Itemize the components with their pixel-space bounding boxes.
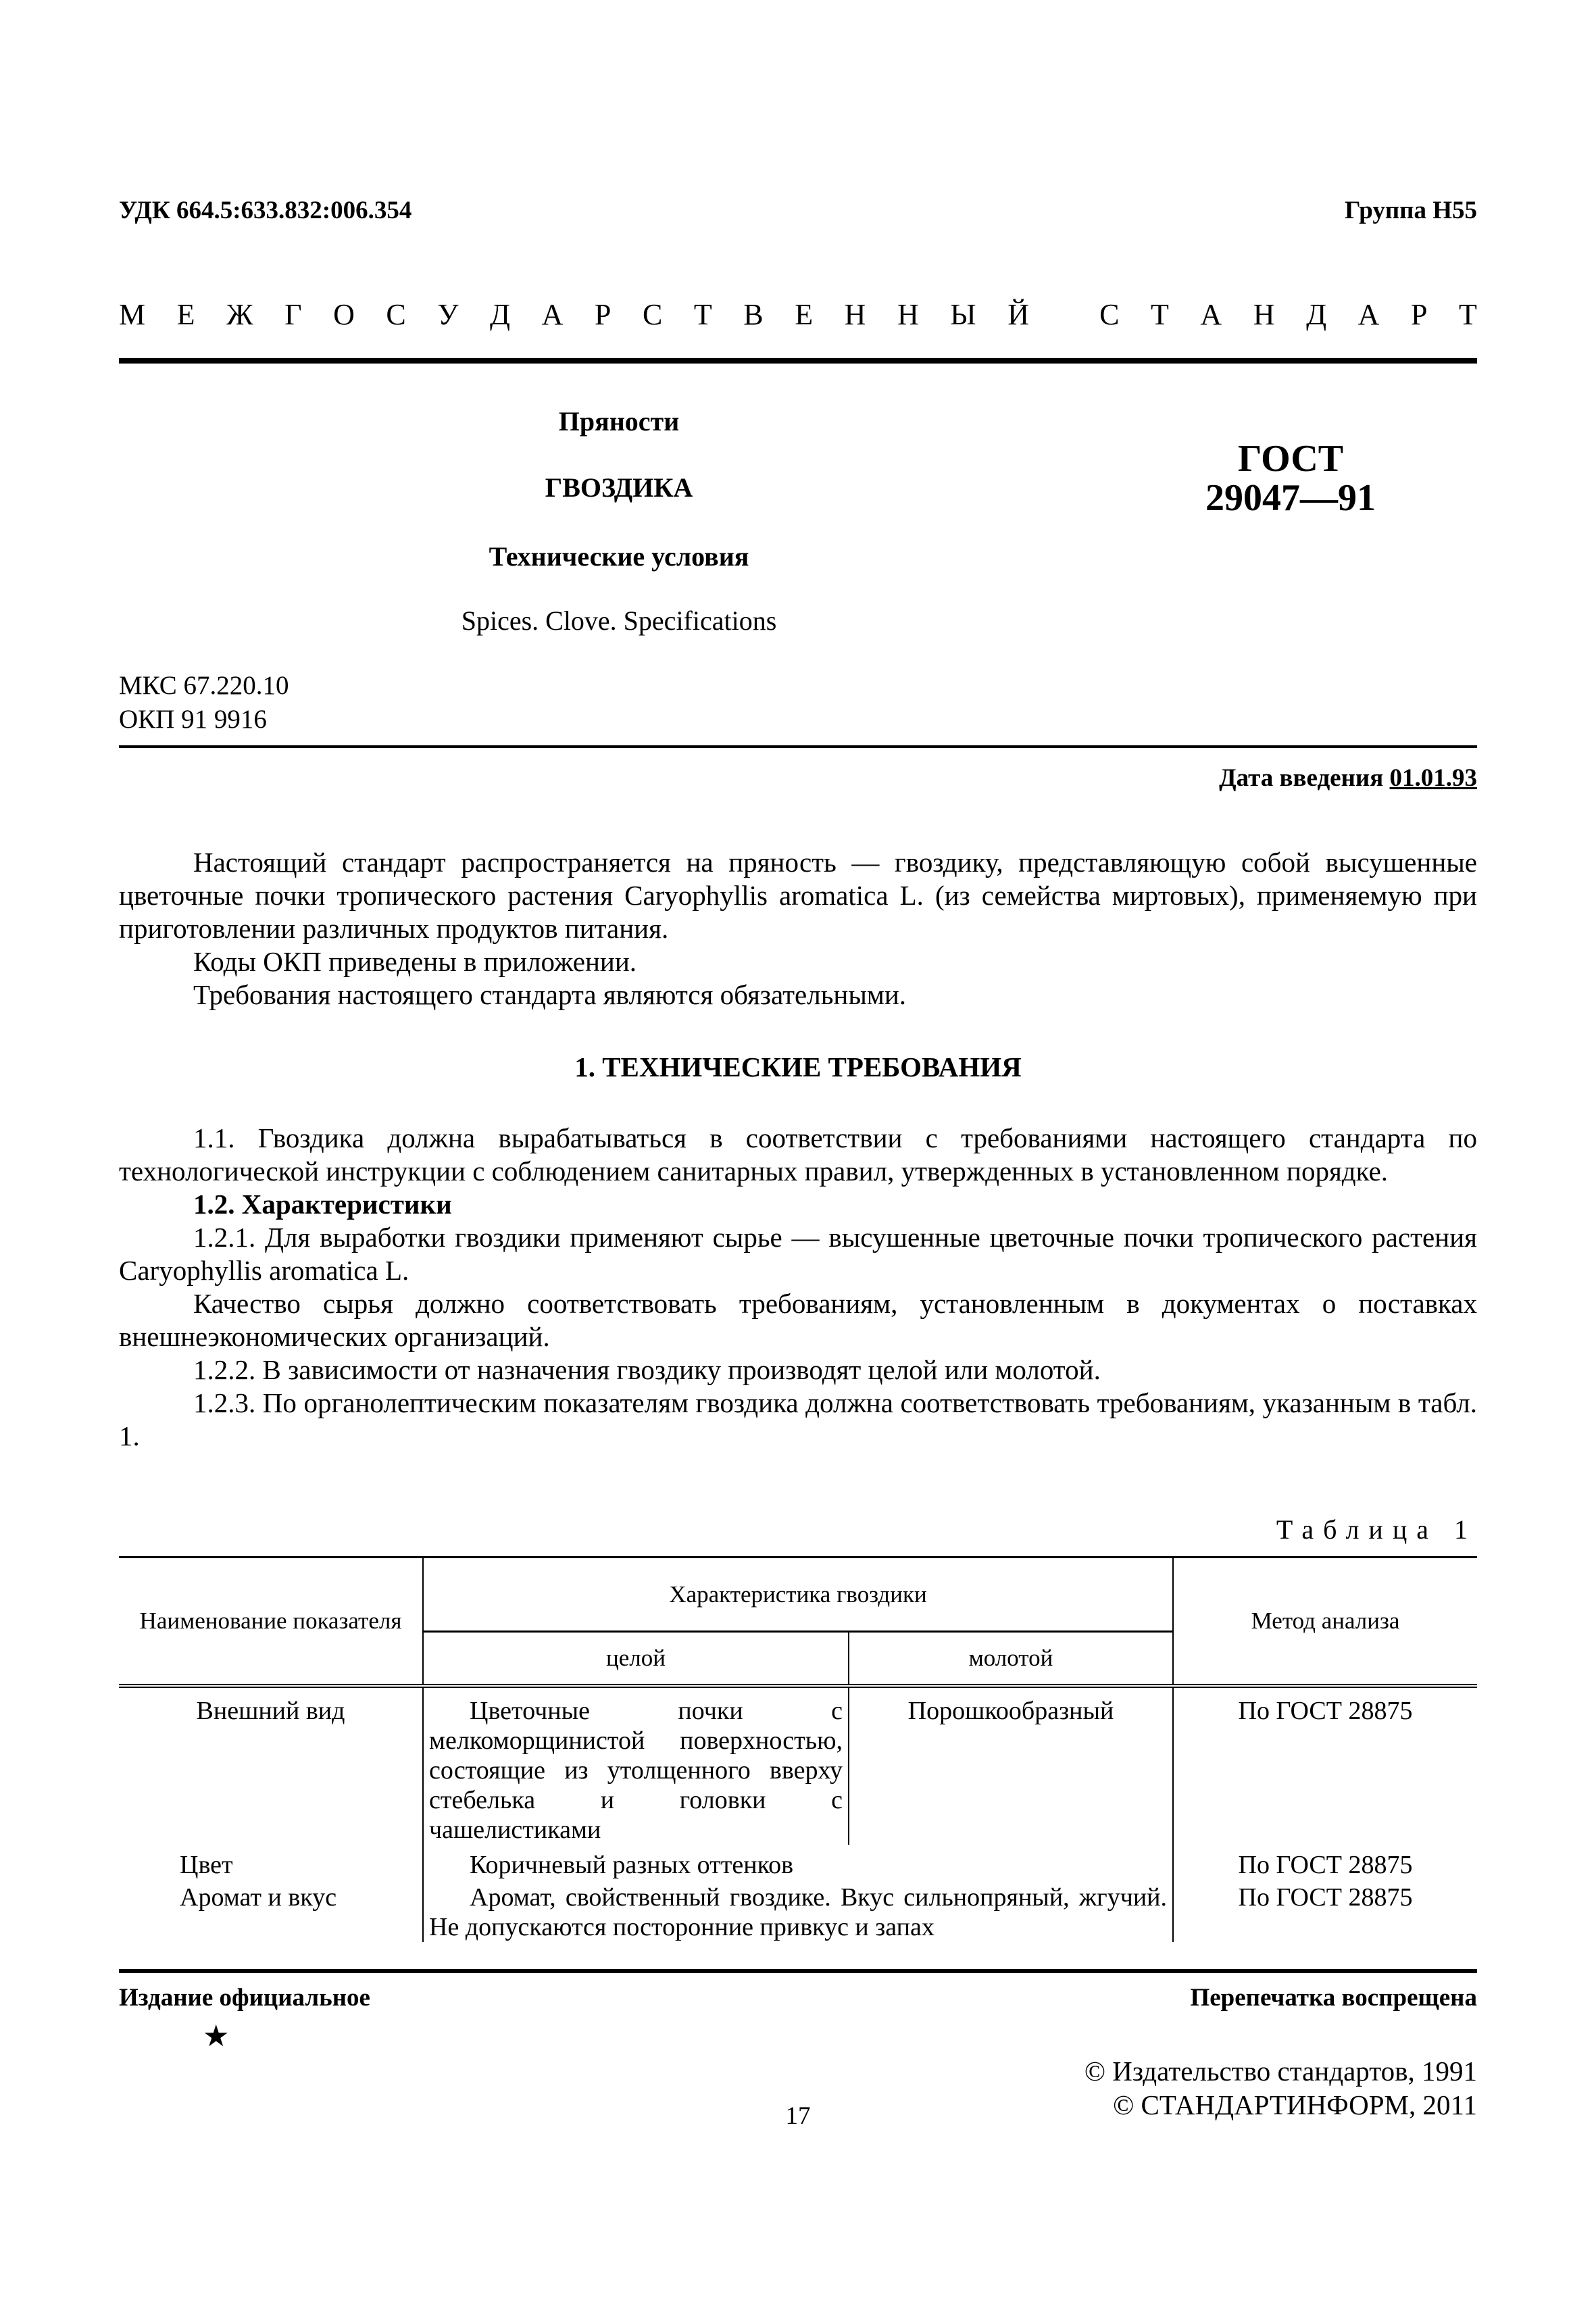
doc-title: ГВОЗДИКА (119, 472, 1119, 503)
banner-letter: Г (284, 297, 301, 332)
row-name: Аромат и вкус (119, 1880, 423, 1942)
intro-paragraph-okp: Коды ОКП приведены в приложении. (119, 945, 1477, 978)
copyright-publisher: © Издательство стандартов, 1991 (1084, 2054, 1477, 2088)
banner-letter: Т (694, 297, 712, 332)
reprint-prohibited: Перепечатка воспрещена (1190, 1983, 1477, 2012)
banner-letter (1061, 297, 1068, 332)
banner-letter: Е (795, 297, 813, 332)
banner-letter: Ы (950, 297, 976, 332)
table-row: Цвет Коричневый разных оттенков По ГОСТ … (119, 1845, 1477, 1880)
banner-letter: Н (1253, 297, 1275, 332)
intro-paragraph-scope: Настоящий стандарт распространяется на п… (119, 846, 1477, 945)
banner-letter: Ж (226, 297, 253, 332)
banner-letter: А (1200, 297, 1222, 332)
header-indicator-name: Наименование показателя (119, 1558, 423, 1686)
row-method: По ГОСТ 28875 (1173, 1880, 1477, 1942)
introduction-date: Дата введения 01.01.93 (1219, 764, 1477, 793)
gost-designation: ГОСТ 29047—91 (1149, 439, 1432, 518)
row-combined: Аромат, свойственный гвоздике. Вкус силь… (423, 1880, 1173, 1942)
header-method: Метод анализа (1173, 1558, 1477, 1686)
row-method: По ГОСТ 28875 (1173, 1845, 1477, 1880)
banner-letter: С (386, 297, 405, 332)
clause-1-1: 1.1. Гвоздика должна вырабатываться в со… (119, 1122, 1477, 1188)
row-combined: Коричневый разных оттенков (423, 1845, 1173, 1880)
clause-1-2-1: 1.2.1. Для выработки гвоздики применяют … (119, 1221, 1477, 1287)
row-whole: Цветочные почки с мелкоморщинистой повер… (423, 1686, 849, 1845)
official-edition: Издание официальное (119, 1983, 370, 2012)
interstate-standard-banner: МЕЖГОСУДАРСТВЕННЫЙ СТАНДАРТ (119, 297, 1477, 332)
row-name: Внешний вид (119, 1686, 423, 1845)
footer-rule (119, 1969, 1477, 1973)
introduction-date-value: 01.01.93 (1390, 764, 1478, 792)
gost-label: ГОСТ (1149, 439, 1432, 478)
banner-letter: Д (1306, 297, 1326, 332)
copyright-block: © Издательство стандартов, 1991 © СТАНДА… (1084, 2054, 1477, 2122)
page-number: 17 (743, 2101, 853, 2131)
banner-letter: А (542, 297, 564, 332)
clause-raw-quality: Качество сырья должно соответствовать тр… (119, 1287, 1477, 1353)
banner-letter: Р (1411, 297, 1427, 332)
codes-rule (119, 745, 1477, 748)
intro-section: Настоящий стандарт распространяется на п… (119, 846, 1477, 1012)
clause-1-2-heading: 1.2. Характеристики (119, 1188, 1477, 1221)
banner-letter: Й (1007, 297, 1029, 332)
doc-category: Пряности (119, 405, 1119, 437)
section-1-body: 1.1. Гвоздика должна вырабатываться в со… (119, 1122, 1477, 1453)
clause-1-2-2: 1.2.2. В зависимости от назначения гвозд… (119, 1353, 1477, 1387)
banner-letter: Т (1459, 297, 1477, 332)
banner-letter: У (437, 297, 458, 332)
row-name: Цвет (119, 1845, 423, 1880)
row-ground: Порошкообразный (849, 1686, 1173, 1845)
gost-number: 29047—91 (1149, 478, 1432, 518)
header-characteristic: Характеристика гвоздики (423, 1558, 1173, 1632)
banner-letter: С (643, 297, 662, 332)
banner-letter: Н (897, 297, 919, 332)
table-caption: Таблица 1 (1276, 1514, 1477, 1545)
doc-subtitle: Технические условия (119, 541, 1119, 572)
star-icon: ★ (203, 2019, 229, 2053)
banner-letter: М (119, 297, 145, 332)
intro-paragraph-mandatory: Требования настоящего стандарта являются… (119, 978, 1477, 1012)
header-whole: целой (423, 1632, 849, 1686)
table-organoleptic: Наименование показателя Характеристика г… (119, 1556, 1477, 1942)
banner-letter: Р (595, 297, 611, 332)
banner-letter: С (1099, 297, 1119, 332)
group-code: Группа Н55 (1345, 196, 1477, 225)
classification-codes: МКС 67.220.10 ОКП 91 9916 (119, 669, 289, 737)
introduction-date-label: Дата введения (1219, 764, 1383, 792)
copyright-standartinform: © СТАНДАРТИНФОРМ, 2011 (1084, 2088, 1477, 2122)
banner-letter: О (333, 297, 355, 332)
banner-letter: А (1358, 297, 1380, 332)
banner-letter: В (743, 297, 763, 332)
header-rule (119, 358, 1477, 364)
okp-code: ОКП 91 9916 (119, 703, 289, 737)
clause-1-2-3: 1.2.3. По органолептическим показателям … (119, 1387, 1477, 1453)
mks-code: МКС 67.220.10 (119, 669, 289, 703)
row-method: По ГОСТ 28875 (1173, 1686, 1477, 1845)
section-heading-technical-requirements: 1. ТЕХНИЧЕСКИЕ ТРЕБОВАНИЯ (119, 1051, 1477, 1083)
table-row: Аромат и вкус Аромат, свойственный гвозд… (119, 1880, 1477, 1942)
banner-letter: Т (1151, 297, 1169, 332)
header-ground: молотой (849, 1632, 1173, 1686)
doc-title-english: Spices. Clove. Specifications (119, 605, 1119, 637)
banner-letter: Е (177, 297, 195, 332)
udk-code: УДК 664.5:633.832:006.354 (119, 196, 412, 225)
table-row: Внешний вид Цветочные почки с мелкоморщи… (119, 1686, 1477, 1845)
banner-letter: Д (490, 297, 510, 332)
banner-letter: Н (845, 297, 866, 332)
